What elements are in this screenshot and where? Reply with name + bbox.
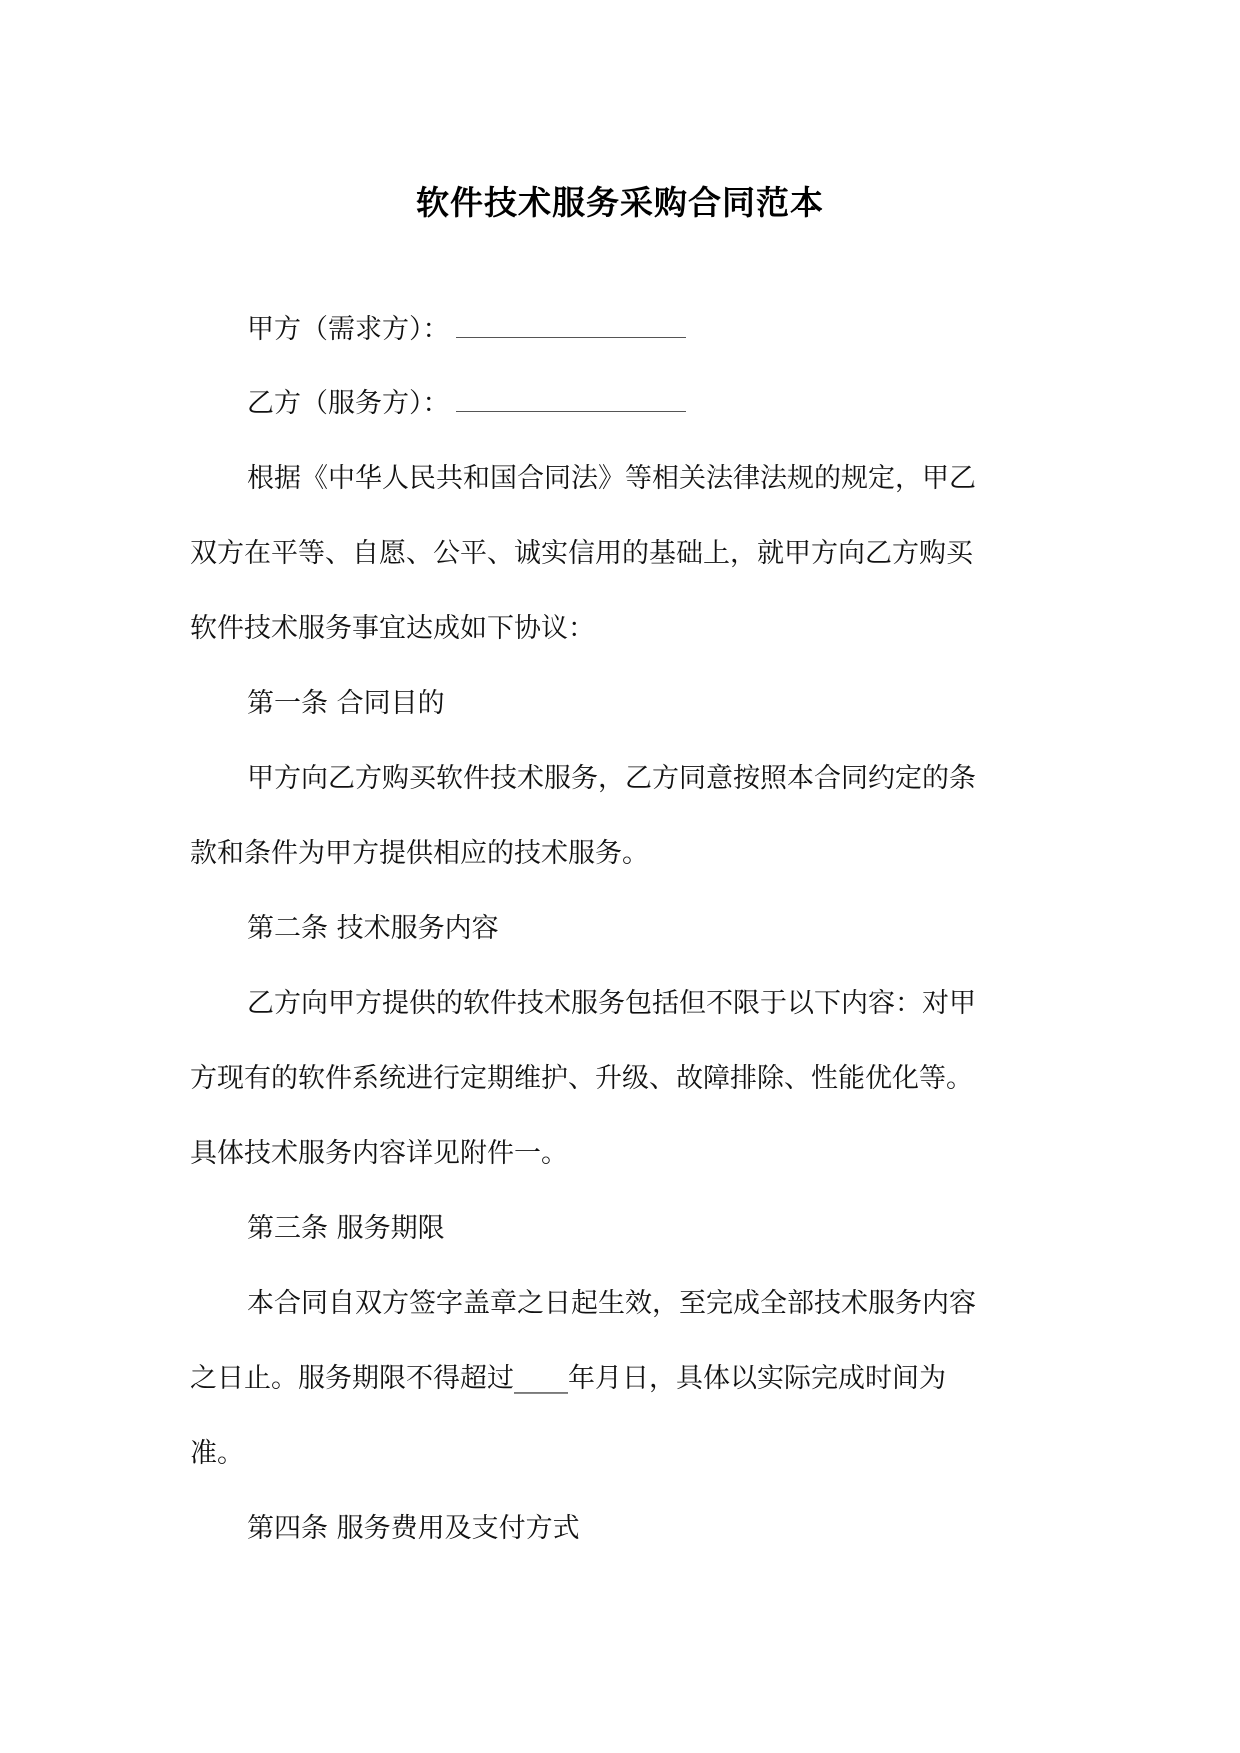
party-a-blank [456,315,686,338]
preamble-line: 双方在平等、自愿、公平、诚实信用的基础上，就甲方向乙方购买 [190,536,973,572]
party-b-blank [456,389,686,412]
party-a-line: 甲方（需求方）： [247,312,686,348]
article-2-heading: 第二条 技术服务内容 [247,911,499,947]
article-3-text: 本合同自双方签字盖章之日起生效，至完成全部技术服务内容 [247,1286,976,1322]
article-3-text: 之日止。服务期限不得超过____年月日，具体以实际完成时间为 [190,1361,946,1397]
article-1-text: 甲方向乙方购买软件技术服务，乙方同意按照本合同约定的条 [247,761,976,797]
party-a-label: 甲方（需求方）： [247,314,450,345]
article-1-heading: 第一条 合同目的 [247,686,445,722]
document-title: 软件技术服务采购合同范本 [0,183,1240,223]
preamble-line: 软件技术服务事宜达成如下协议： [190,611,595,647]
party-b-line: 乙方（服务方）： [247,386,686,422]
article-2-text: 方现有的软件系统进行定期维护、升级、故障排除、性能优化等。 [190,1061,973,1097]
article-3-text: 准。 [190,1436,244,1472]
preamble-line: 根据《中华人民共和国合同法》等相关法律法规的规定，甲乙 [247,461,976,497]
party-b-label: 乙方（服务方）： [247,388,450,419]
article-4-heading: 第四条 服务费用及支付方式 [247,1511,580,1547]
document-page: 软件技术服务采购合同范本 甲方（需求方）： 乙方（服务方）： 根据《中华人民共和… [0,0,1240,1753]
article-1-text: 款和条件为甲方提供相应的技术服务。 [190,836,649,872]
article-2-text: 具体技术服务内容详见附件一。 [190,1136,568,1172]
article-2-text: 乙方向甲方提供的软件技术服务包括但不限于以下内容：对甲 [247,986,976,1022]
article-3-heading: 第三条 服务期限 [247,1211,445,1247]
